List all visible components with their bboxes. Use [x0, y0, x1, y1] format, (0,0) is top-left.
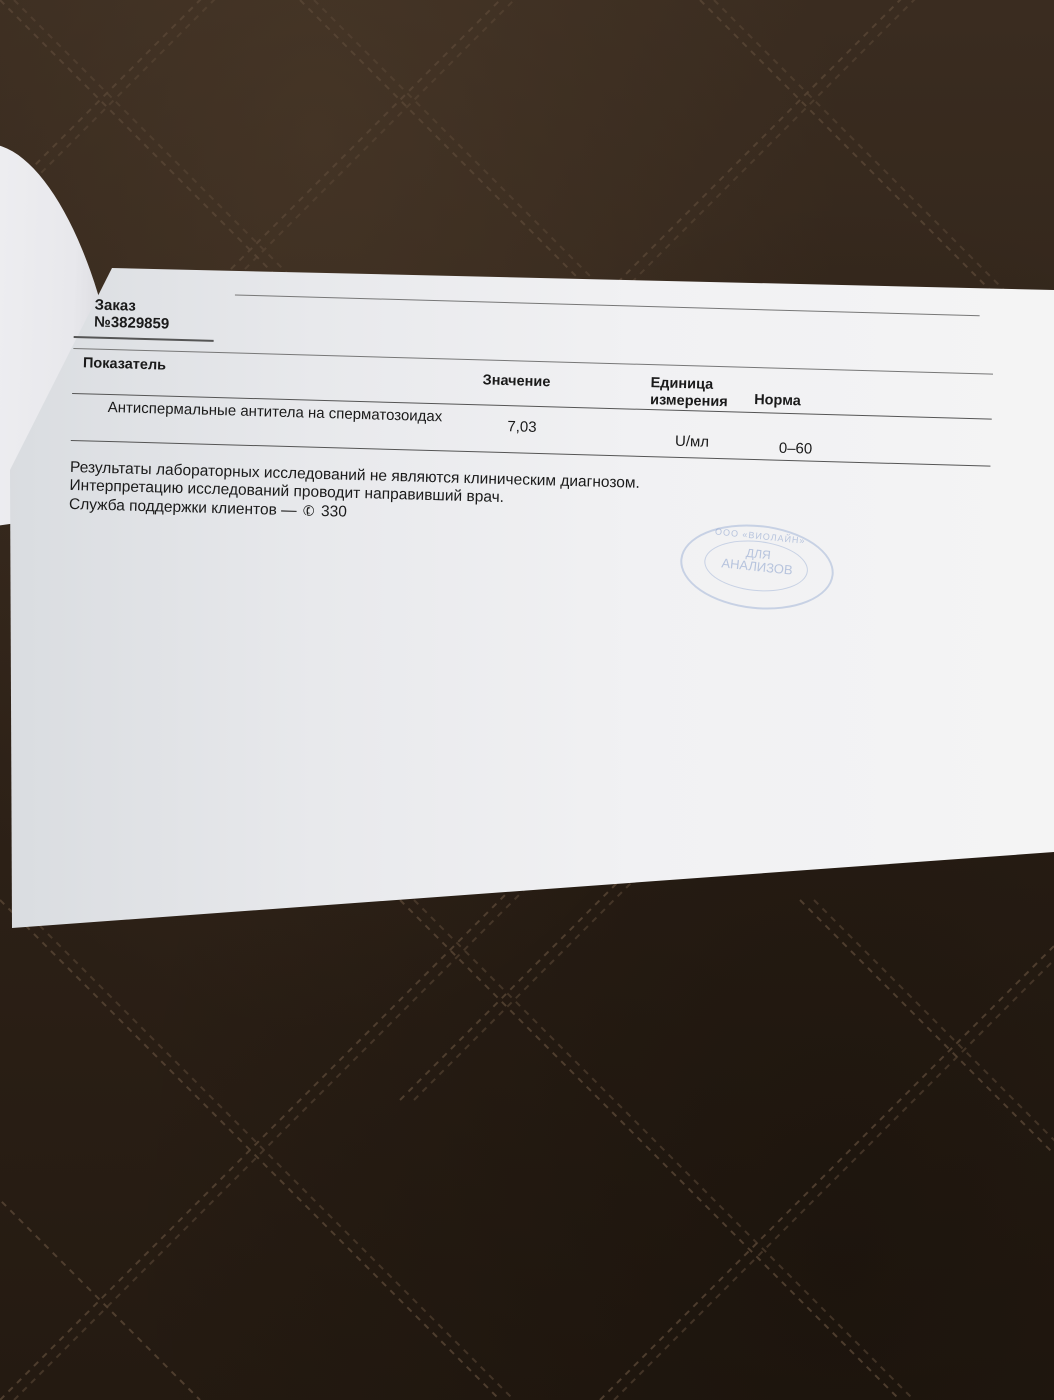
support-number: 330: [321, 503, 347, 521]
header-reference: Норма: [754, 392, 855, 415]
order-number: Заказ №3829859: [74, 290, 215, 342]
phone-icon: ✆: [300, 500, 317, 521]
header-value: Значение: [482, 372, 651, 409]
reference-range: 0–60: [779, 418, 880, 460]
lab-result-content: Заказ №3829859 Показатель Значение Едини…: [69, 290, 995, 540]
result-value: 7,03: [507, 410, 676, 440]
unit: U/мл: [675, 415, 780, 453]
header-unit: Единица измерения: [650, 375, 755, 412]
header-indicator: Показатель: [73, 349, 483, 382]
